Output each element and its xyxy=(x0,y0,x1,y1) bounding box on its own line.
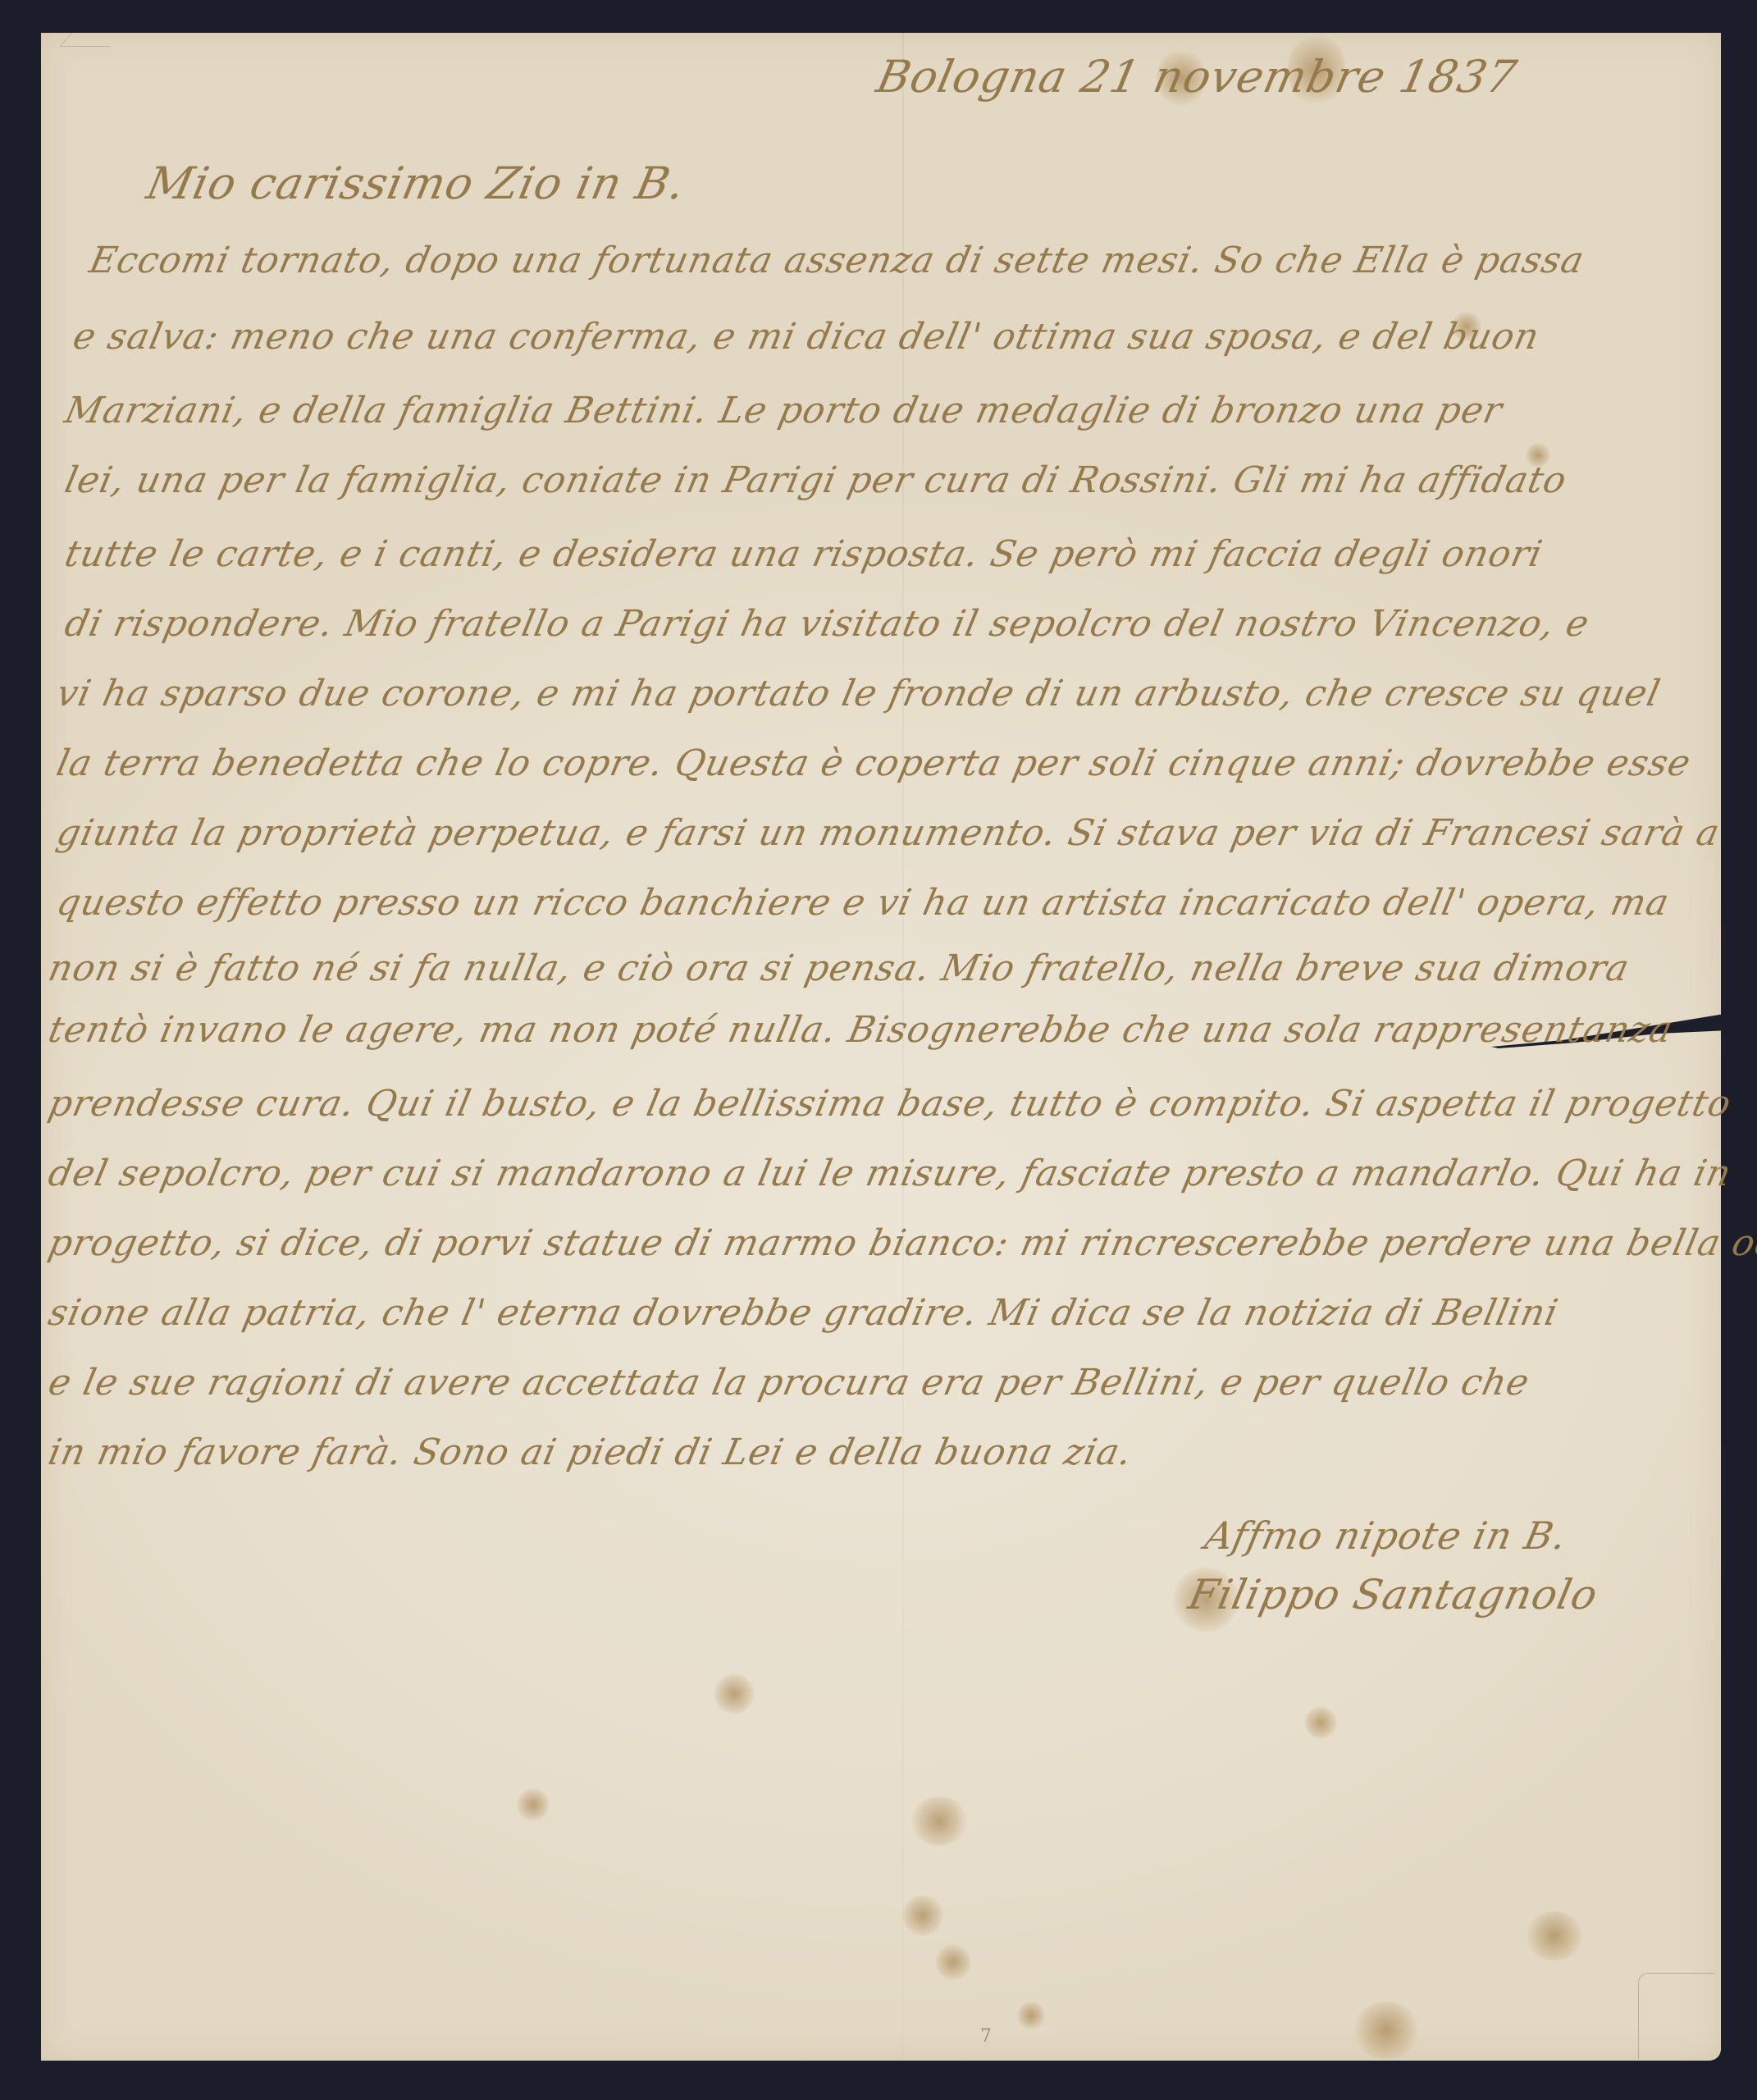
body-line: e le sue ragioni di avere accettata la p… xyxy=(45,1362,1534,1404)
body-line: non si è fatto né si fa nulla, e ciò ora… xyxy=(45,947,1634,989)
body-line: la terra benedetta che lo copre. Questa … xyxy=(53,742,1695,784)
foxing-stain xyxy=(714,1673,755,1714)
body-line: tutte le carte, e i canti, e desidera un… xyxy=(62,533,1547,575)
body-line: in mio favore farà. Sono ai piedi di Lei… xyxy=(45,1431,1137,1473)
body-line: tentò invano le agere, ma non poté nulla… xyxy=(45,1009,1677,1051)
body-line: progetto, si dice, di porvi statue di ma… xyxy=(45,1222,1757,1264)
signature: Filippo Santagnolo xyxy=(1184,1571,1603,1618)
body-line: prendesse cura. Qui il busto, e la belli… xyxy=(45,1083,1736,1125)
foxing-stain xyxy=(935,1944,971,1980)
body-line: Marziani, e della famiglia Bettini. Le p… xyxy=(62,390,1507,431)
foxing-stain xyxy=(902,1895,943,1936)
foxing-stain xyxy=(1526,1911,1583,1961)
body-line: sione alla patria, che l' eterna dovrebb… xyxy=(45,1292,1563,1334)
dateline: Bologna 21 novembre 1837 xyxy=(872,51,1522,103)
foxing-stain xyxy=(1304,1706,1337,1739)
body-line: giunta la proprietà perpetua, e farsi un… xyxy=(53,812,1724,854)
body-line: questo effetto presso un ricco banchiere… xyxy=(53,882,1673,924)
body-line: di rispondere. Mio fratello a Parigi ha … xyxy=(62,603,1594,645)
body-line: vi ha sparso due corone, e mi ha portato… xyxy=(53,673,1664,714)
page-number: 7 xyxy=(980,2026,992,2047)
foxing-stain xyxy=(1353,2002,1419,2059)
body-line: e salva: meno che una conferma, e mi dic… xyxy=(70,316,1544,358)
foxing-stain xyxy=(910,1796,968,1846)
body-line: del sepolcro, per cui si mandarono a lui… xyxy=(45,1153,1736,1194)
closing: Affmo nipote in B. xyxy=(1201,1513,1571,1558)
foxing-stain xyxy=(1017,2002,1045,2029)
body-line: lei, una per la famiglia, coniate in Par… xyxy=(62,459,1571,501)
salutation: Mio carissimo Zio in B. xyxy=(142,157,690,209)
corner-fold-bottom-right xyxy=(1638,1973,1714,2059)
body-line: Eccomi tornato, dopo una fortunata assen… xyxy=(86,240,1589,281)
corner-fold-top-left xyxy=(60,33,121,47)
foxing-stain xyxy=(517,1788,550,1821)
